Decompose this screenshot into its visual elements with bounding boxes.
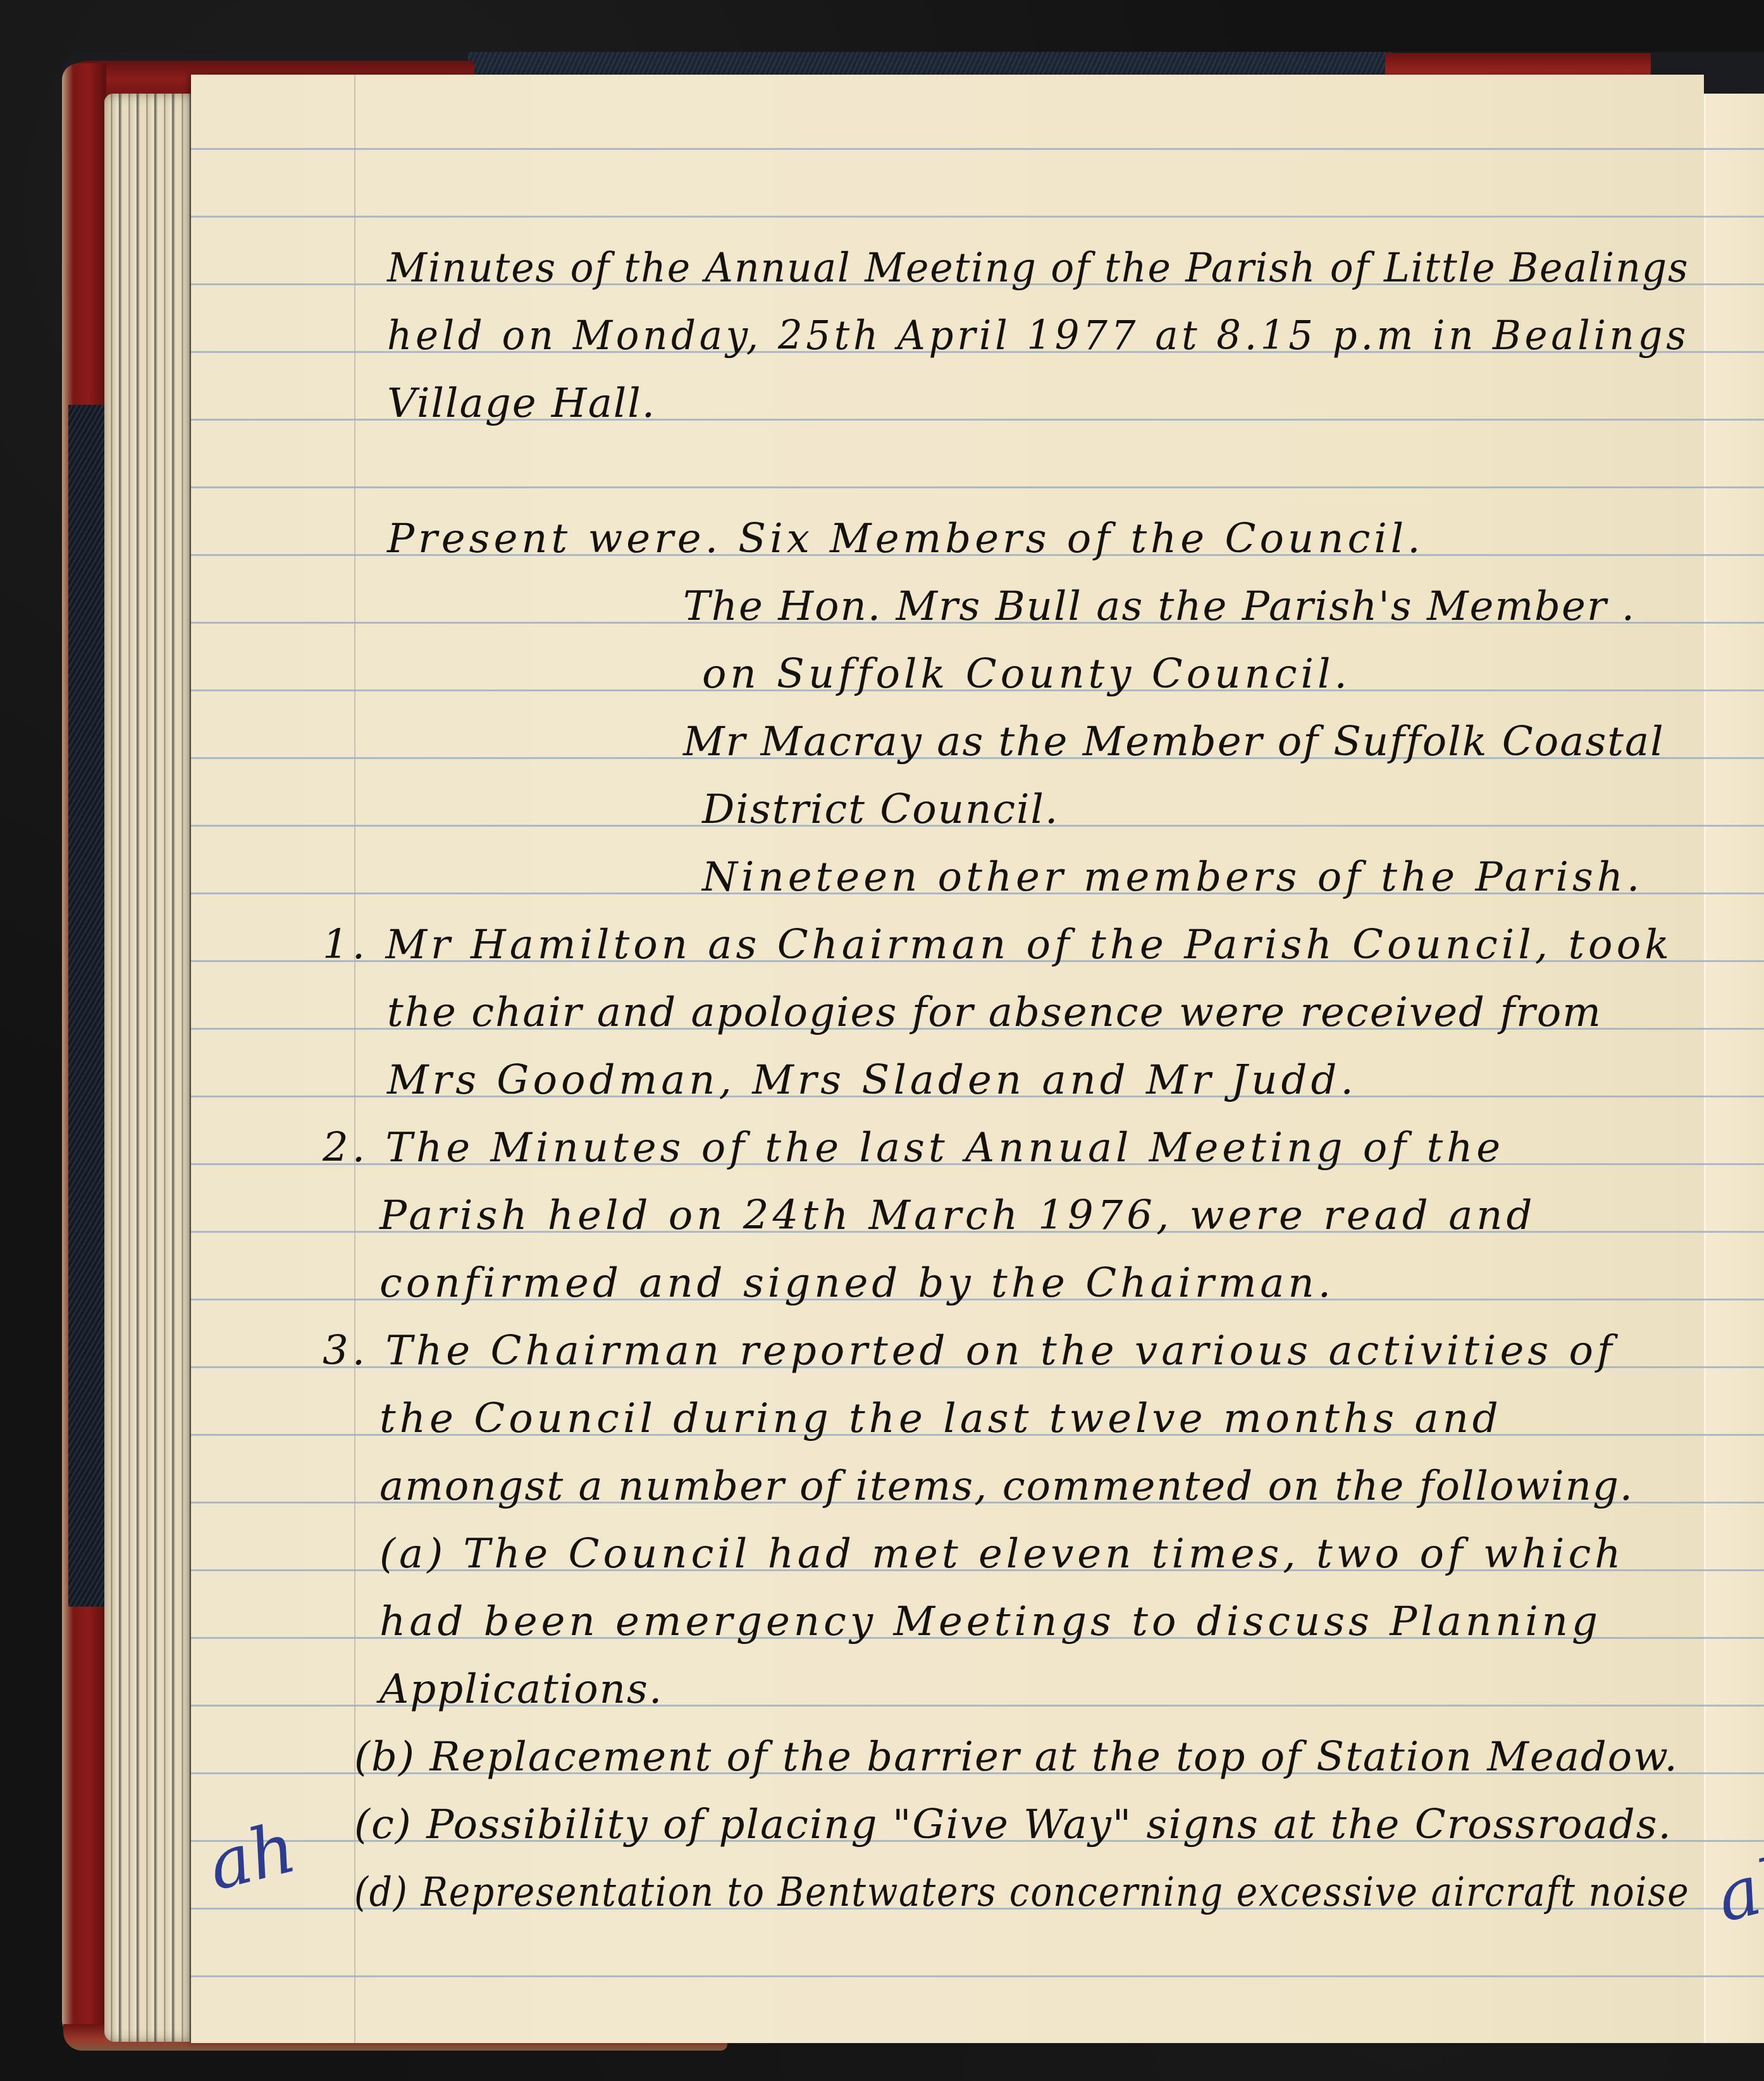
stacked-page-edges	[104, 94, 193, 2042]
item-3-line-1: 3. The Chairman reported on the various …	[323, 1331, 1616, 1371]
present-entry-suffolk-cc: on Suffolk County Council.	[702, 654, 1351, 695]
item-3a-line-1: (a) The Council had met eleven times, tw…	[379, 1534, 1625, 1574]
item-1-line-2: the chair and apologies for absence were…	[387, 992, 1602, 1033]
margin-initials-left: ah	[202, 1812, 302, 1901]
facing-page-edge	[1704, 94, 1764, 2043]
item-3b: (b) Replacement of the barrier at the to…	[354, 1737, 1679, 1777]
present-were-line: Present were. Six Members of the Council…	[387, 519, 1424, 559]
ruled-line	[191, 216, 1764, 218]
present-entry-district-council: District Council.	[702, 789, 1059, 830]
item-1-line-1: 1. Mr Hamilton as Chairman of the Parish…	[323, 925, 1673, 965]
item-3a-line-3: Applications.	[379, 1669, 663, 1710]
minutes-venue-line: Village Hall.	[387, 383, 656, 424]
present-entry-mr-macray: Mr Macray as the Member of Suffolk Coast…	[683, 722, 1665, 762]
item-3-line-3: amongst a number of items, commented on …	[379, 1466, 1634, 1507]
item-1-line-3: Mrs Goodman, Mrs Sladen and Mr Judd.	[387, 1060, 1357, 1101]
item-2-line-3: confirmed and signed by the Chairman.	[379, 1263, 1335, 1304]
ruled-line	[191, 486, 1764, 488]
cover-cloth-left	[68, 405, 106, 1607]
present-entry-mrs-bull: The Hon. Mrs Bull as the Parish's Member…	[683, 586, 1636, 627]
minutes-date-line: held on Monday, 25th April 1977 at 8.15 …	[387, 316, 1689, 356]
item-3a-line-2: had been emergency Meetings to discuss P…	[379, 1602, 1601, 1642]
item-3-line-2: the Council during the last twelve month…	[379, 1399, 1502, 1439]
ruled-line	[191, 148, 1764, 150]
item-3d: (d) Representation to Bentwaters concern…	[354, 1872, 1689, 1913]
item-3c: (c) Possibility of placing "Give Way" si…	[354, 1805, 1672, 1845]
item-2-line-1: 2. The Minutes of the last Annual Meetin…	[323, 1128, 1504, 1168]
item-2-line-2: Parish held on 24th March 1976, were rea…	[379, 1195, 1536, 1236]
minutes-title-line: Minutes of the Annual Meeting of the Par…	[387, 248, 1689, 288]
ruled-line	[191, 1975, 1764, 1977]
present-entry-nineteen-members: Nineteen other members of the Parish.	[702, 857, 1643, 898]
